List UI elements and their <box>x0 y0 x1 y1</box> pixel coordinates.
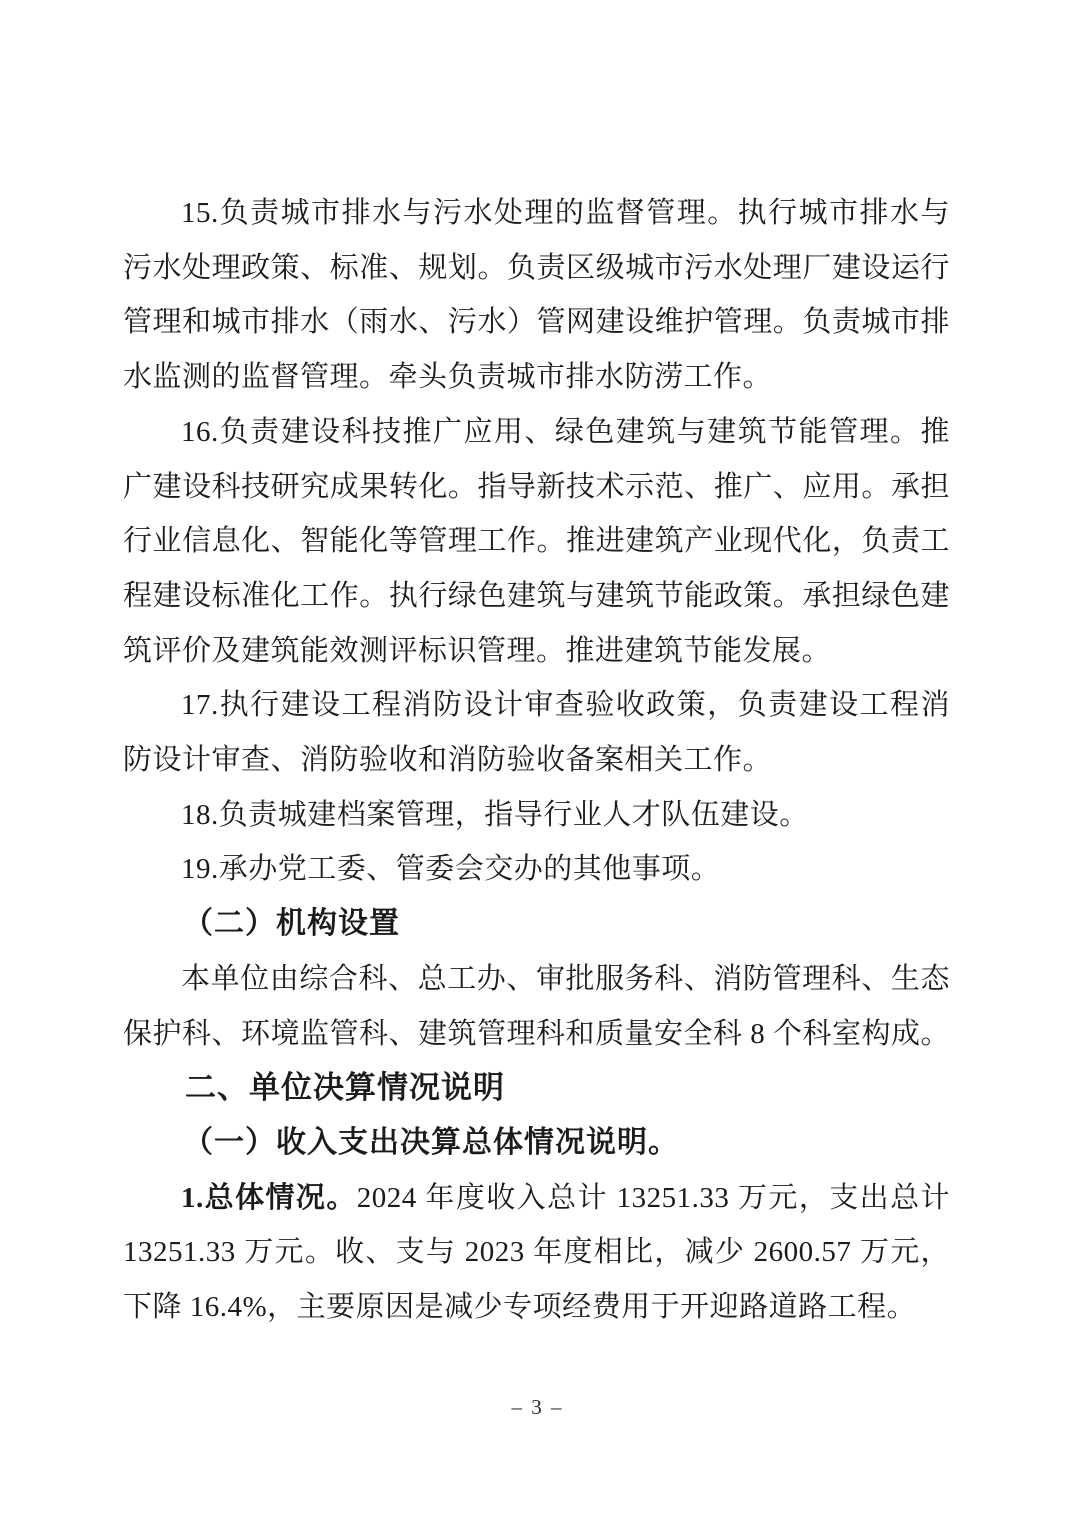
paragraph-org-structure: 本单位由综合科、总工办、审批服务科、消防管理科、生态保护科、环境监管科、建筑管理… <box>123 952 950 1061</box>
paragraph-duty-16: 16.负责建设科技推广应用、绿色建筑与建筑节能管理。推广建设科技研究成果转化。指… <box>123 405 950 679</box>
paragraph-overall-situation-lead: 1.总体情况。 <box>181 1182 357 1214</box>
paragraph-duty-19: 19.承办党工委、管委会交办的其他事项。 <box>123 842 950 897</box>
paragraph-duty-15: 15.负责城市排水与污水处理的监督管理。执行城市排水与污水处理政策、标准、规划。… <box>123 186 950 405</box>
section-heading-final-accounts: 二、单位决算情况说明 <box>123 1061 950 1116</box>
subsection-heading-org-structure: （二）机构设置 <box>123 897 950 952</box>
subsection-heading-revenue-expenditure-overview: （一）收入支出决算总体情况说明。 <box>123 1116 950 1171</box>
document-body: 15.负责城市排水与污水处理的监督管理。执行城市排水与污水处理政策、标准、规划。… <box>123 186 950 1335</box>
page-number: – 3 – <box>512 1395 564 1419</box>
page-footer: – 3 – <box>0 1392 1075 1422</box>
paragraph-duty-17: 17.执行建设工程消防设计审查验收政策，负责建设工程消防设计审查、消防验收和消防… <box>123 678 950 787</box>
paragraph-overall-situation: 1.总体情况。2024 年度收入总计 13251.33 万元，支出总计 1325… <box>123 1171 950 1335</box>
paragraph-duty-18: 18.负责城建档案管理，指导行业人才队伍建设。 <box>123 788 950 843</box>
